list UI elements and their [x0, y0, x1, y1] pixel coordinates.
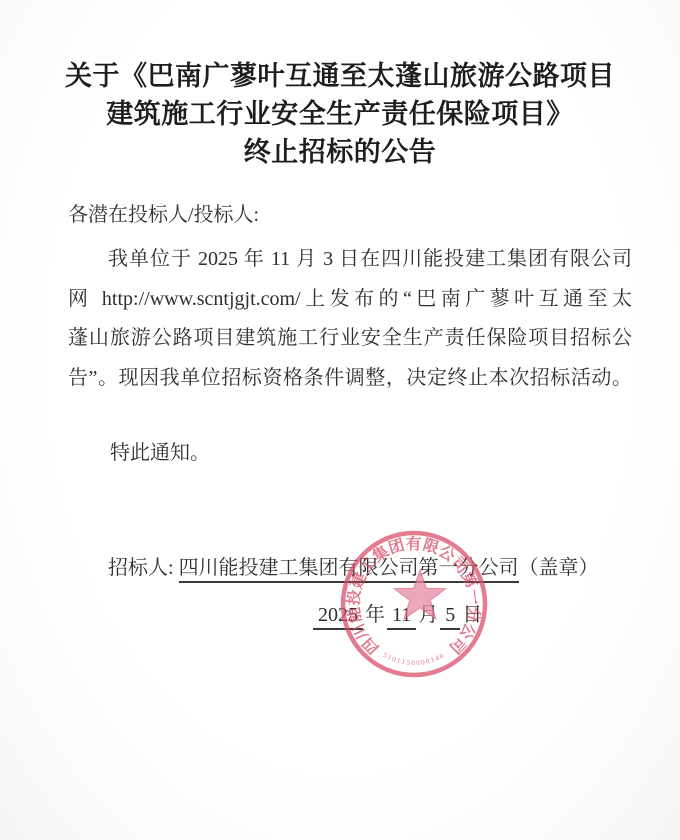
body-paragraph: 我单位于 2025 年 11 月 3 日在四川能投建工集团有限公司 网 http… [68, 240, 632, 398]
notice-text: 特此通知。 [110, 436, 210, 465]
salutation: 各潜在投标人/投标人: [68, 200, 259, 230]
paragraph-line: 告”。现因我单位招标资格条件调整，决定终止本次招标活动。 [68, 359, 632, 399]
bidder-label: 招标人: [108, 557, 179, 579]
date-month-unit: 月 [416, 604, 440, 626]
title-line-2: 建筑施工行业安全生产责任保险项目》 [0, 95, 680, 133]
date-day-unit: 日 [460, 604, 484, 626]
paragraph-line: 网 http://www.scntjgjt.com/上发布的“巴南广蓼叶互通至太 [68, 280, 632, 320]
seal-note: （盖章） [519, 557, 599, 579]
date-year-unit: 年 [363, 604, 387, 626]
date-line: 2025年11月5日 [313, 598, 484, 627]
announcement-document: 关于《巴南广蓼叶互通至太蓬山旅游公路项目 建筑施工行业安全生产责任保险项目》 终… [0, 0, 680, 840]
date-year: 2025 [313, 604, 363, 630]
date-month: 11 [387, 604, 416, 630]
title-line-3: 终止招标的公告 [0, 133, 680, 171]
bidder-company-name: 四川能投建工集团有限公司第一分公司 [179, 557, 519, 583]
paragraph-line: 蓬山旅游公路项目建筑施工行业安全生产责任保险项目招标公 [68, 319, 632, 359]
title-line-1: 关于《巴南广蓼叶互通至太蓬山旅游公路项目 [0, 57, 680, 95]
document-title: 关于《巴南广蓼叶互通至太蓬山旅游公路项目 建筑施工行业安全生产责任保险项目》 终… [0, 57, 680, 171]
signature-line: 招标人: 四川能投建工集团有限公司第一分公司（盖章） [108, 551, 599, 580]
date-day: 5 [440, 604, 460, 630]
seal-serial-number: 5101150000146 [382, 651, 447, 667]
paragraph-line: 我单位于 2025 年 11 月 3 日在四川能投建工集团有限公司 [68, 240, 632, 280]
